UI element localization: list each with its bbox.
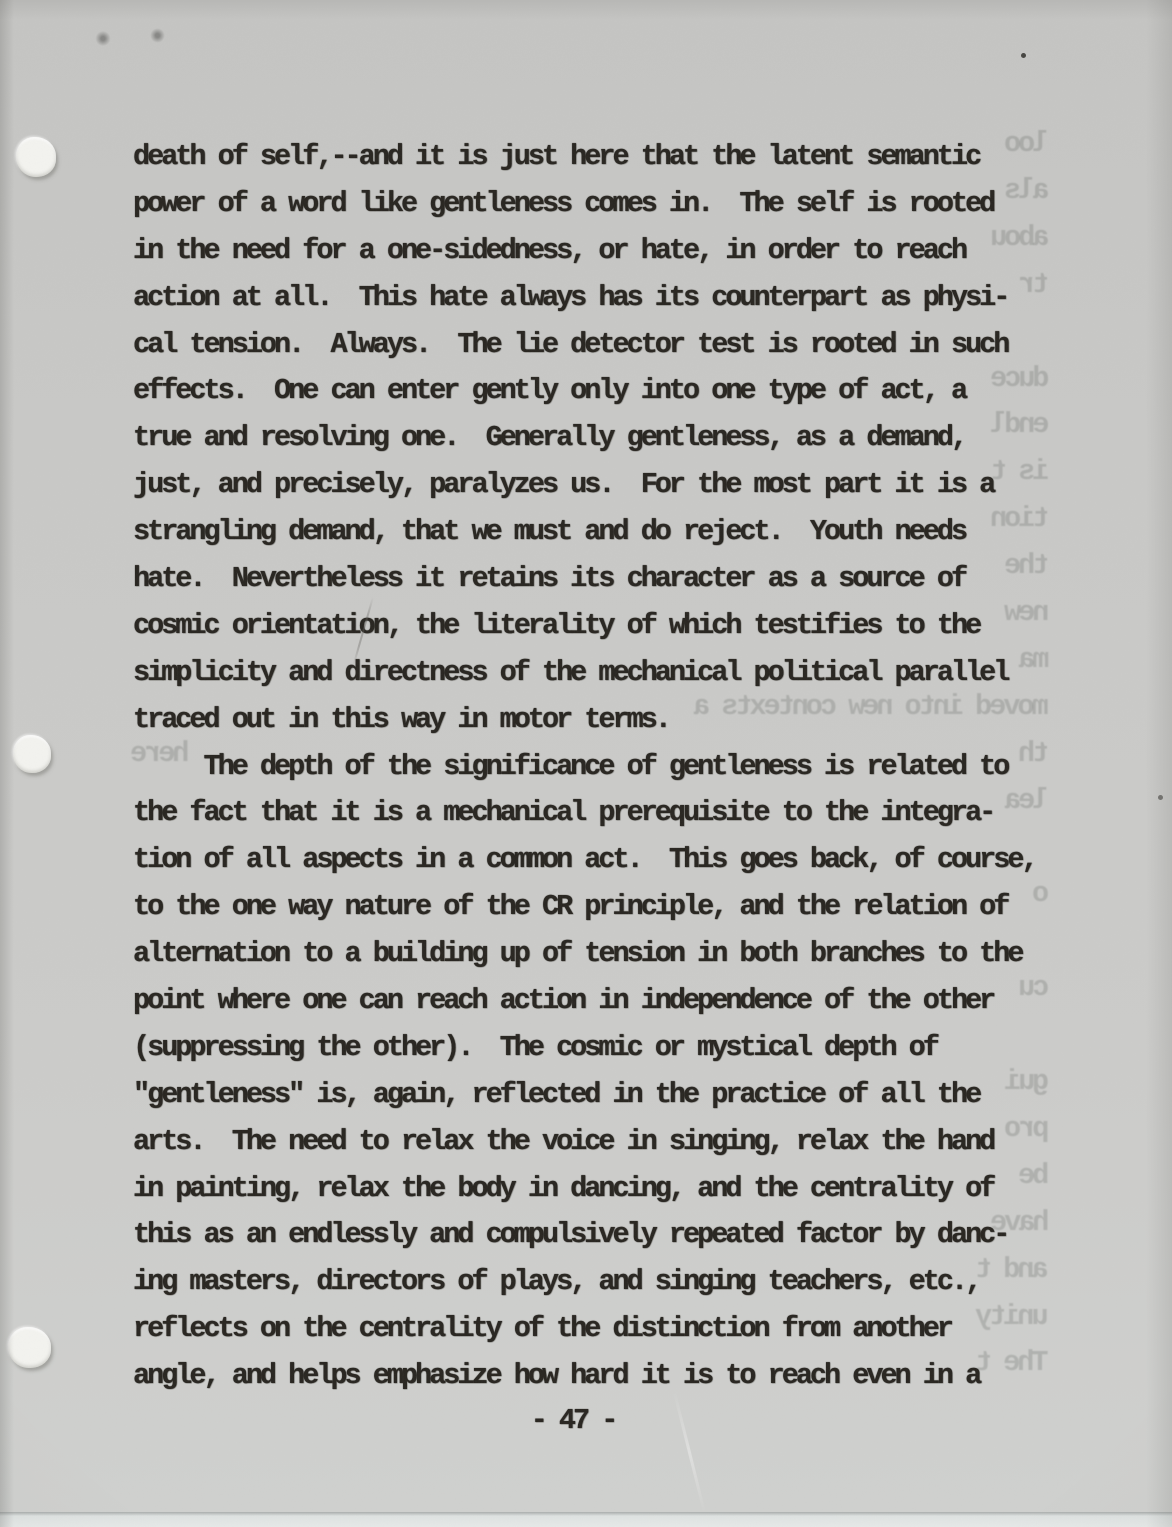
page-number: - 47 -: [133, 1398, 1013, 1445]
typed-line: power of a word like gentleness comes in…: [133, 181, 1093, 228]
typed-line: the fact that it is a mechanical prerequ…: [133, 790, 1093, 837]
typed-line: this as an endlessly and compulsively re…: [133, 1212, 1093, 1259]
pencil-smudge: [150, 28, 165, 43]
typed-line: arts. The need to relax the voice in sin…: [133, 1119, 1093, 1166]
typed-line: alternation to a building up of tension …: [133, 931, 1093, 978]
hole-punch-bottom: [8, 1327, 51, 1368]
typed-line: "gentleness" is, again, reflected in the…: [133, 1072, 1093, 1119]
typed-line: traced out in this way in motor terms.: [133, 697, 1093, 744]
typed-line: point where one can reach action in inde…: [133, 978, 1093, 1025]
pencil-smudge: [95, 31, 111, 46]
typed-line: strangling demand, that we must and do r…: [133, 509, 1093, 556]
typed-line: death of self,--and it is just here that…: [133, 134, 1093, 181]
typed-line: The depth of the significance of gentlen…: [133, 744, 1093, 791]
typed-line: in painting, relax the body in dancing, …: [133, 1166, 1093, 1213]
typed-line: simplicity and directness of the mechani…: [133, 650, 1093, 697]
hole-punch-top: [16, 137, 56, 177]
typed-line: reflects on the centrality of the distin…: [133, 1306, 1093, 1353]
typed-line: action at all. This hate always has its …: [133, 275, 1093, 322]
ink-speck: [1158, 795, 1163, 800]
scan-edge-strip: [0, 1512, 1172, 1527]
typed-text-block: death of self,--and it is just here that…: [133, 134, 1093, 1400]
scanned-page: looalsaboutrduceendlis ttionthenewmamove…: [0, 0, 1172, 1527]
typed-line: hate. Nevertheless it retains its charac…: [133, 556, 1093, 603]
typed-line: just, and precisely, paralyzes us. For t…: [133, 462, 1093, 509]
typed-line: (suppressing the other). The cosmic or m…: [133, 1025, 1093, 1072]
typed-line: cosmic orientation, the literality of wh…: [133, 603, 1093, 650]
typed-line: cal tension. Always. The lie detector te…: [133, 322, 1093, 369]
typed-line: true and resolving one. Generally gentle…: [133, 415, 1093, 462]
typed-line: in the need for a one-sidedness, or hate…: [133, 228, 1093, 275]
typed-line: to the one way nature of the CR principl…: [133, 884, 1093, 931]
hole-punch-middle: [13, 735, 51, 773]
typed-line: ing masters, directors of plays, and sin…: [133, 1259, 1093, 1306]
typed-line: effects. One can enter gently only into …: [133, 368, 1093, 415]
ink-speck: [1021, 53, 1026, 58]
typed-line: tion of all aspects in a common act. Thi…: [133, 837, 1093, 884]
typed-line: angle, and helps emphasize how hard it i…: [133, 1353, 1093, 1400]
